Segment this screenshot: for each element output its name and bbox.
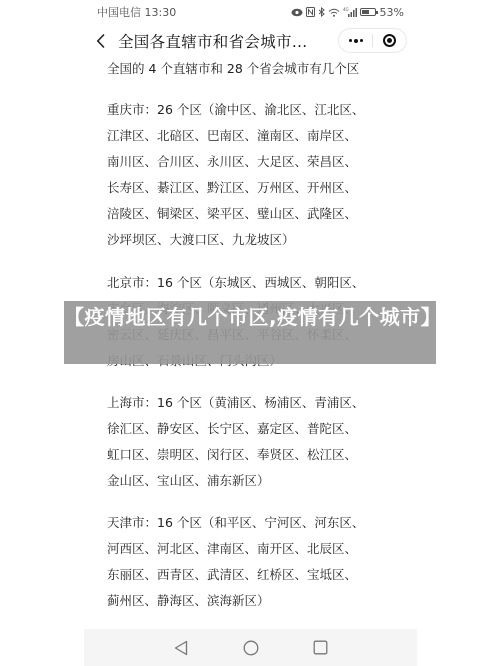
battery-icon xyxy=(360,8,376,16)
system-back-button[interactable] xyxy=(172,639,190,657)
text-line: 金山区、宝山区、浦东新区） xyxy=(107,468,407,494)
text-line: 江津区、北碚区、巴南区、潼南区、南岸区、 xyxy=(107,123,407,149)
bluetooth-icon xyxy=(318,7,325,17)
back-triangle-icon xyxy=(174,640,188,656)
text-line: 重庆市：26 个区（渝中区、渝北区、江北区、 xyxy=(107,97,407,123)
text-line: 东丽区、西青区、武清区、红桥区、宝坻区、 xyxy=(107,562,407,588)
system-home-button[interactable] xyxy=(242,639,260,657)
carrier-time: 中国电信 13:30 xyxy=(97,4,176,20)
nav-header: 全国各直辖市和省会城市… xyxy=(84,26,417,56)
text-line: 涪陵区、铜梁区、梁平区、璧山区、武隆区、 xyxy=(107,201,407,227)
text-line: 河西区、河北区、津南区、南开区、北辰区、 xyxy=(107,536,407,562)
page-title: 全国各直辖市和省会城市… xyxy=(118,30,308,52)
chevron-left-icon xyxy=(96,33,106,49)
system-recents-button[interactable] xyxy=(312,639,330,657)
dot-icon xyxy=(349,39,352,42)
city-block-shanghai: 上海市：16 个区（黄浦区、杨浦区、青浦区、 徐汇区、静安区、长宁区、嘉定区、普… xyxy=(107,390,407,494)
back-button[interactable] xyxy=(86,26,116,56)
article-content: 全国的 4 个直辖市和 28 个省会城市有几个区 重庆市：26 个区（渝中区、渝… xyxy=(107,59,407,79)
svg-text:4G: 4G xyxy=(343,7,349,12)
system-navigation-bar xyxy=(84,629,417,666)
dot-icon xyxy=(354,39,358,43)
close-mini-program-button[interactable] xyxy=(373,29,406,52)
text-line: 南川区、合川区、永川区、大足区、荣昌区、 xyxy=(107,149,407,175)
text-line: 天津市：16 个区（和平区、宁河区、河东区、 xyxy=(107,510,407,536)
overlay-title-banner: 【疫情地区有几个市区,疫情有几个城市】 xyxy=(64,301,436,364)
battery-percent: 53% xyxy=(380,6,404,19)
city-block-chongqing: 重庆市：26 个区（渝中区、渝北区、江北区、 江津区、北碚区、巴南区、潼南区、南… xyxy=(107,97,407,253)
city-block-tianjin: 天津市：16 个区（和平区、宁河区、河东区、 河西区、河北区、津南区、南开区、北… xyxy=(107,510,407,614)
home-circle-icon xyxy=(243,640,259,656)
text-line: 北京市：16 个区（东城区、西城区、朝阳区、 xyxy=(107,270,407,296)
text-line: 虹口区、崇明区、闵行区、奉贤区、松江区、 xyxy=(107,442,407,468)
text-line: 蓟州区、静海区、滨海新区） xyxy=(107,588,407,614)
eye-icon xyxy=(291,8,303,17)
text-line: 长寿区、綦江区、黔江区、万州区、开州区、 xyxy=(107,175,407,201)
wifi-icon xyxy=(328,8,340,17)
more-button[interactable] xyxy=(339,29,372,52)
text-line: 沙坪坝区、大渡口区、九龙坡区） xyxy=(107,227,407,253)
recents-square-icon xyxy=(313,640,328,655)
target-close-icon xyxy=(383,34,396,47)
text-line: 徐汇区、静安区、长宁区、嘉定区、普陀区、 xyxy=(107,416,407,442)
dot-icon xyxy=(360,39,363,42)
status-icons: 4G 53% xyxy=(291,6,404,19)
signal-4g-icon: 4G xyxy=(343,7,357,17)
mini-program-capsule xyxy=(338,28,407,53)
nfc-icon xyxy=(306,7,315,17)
banner-title: 【疫情地区有几个市区,疫情有几个城市】 xyxy=(64,304,436,331)
text-line: 上海市：16 个区（黄浦区、杨浦区、青浦区、 xyxy=(107,390,407,416)
article-subtitle: 全国的 4 个直辖市和 28 个省会城市有几个区 xyxy=(107,59,407,79)
status-bar: 中国电信 13:30 4G 53% xyxy=(97,3,404,21)
